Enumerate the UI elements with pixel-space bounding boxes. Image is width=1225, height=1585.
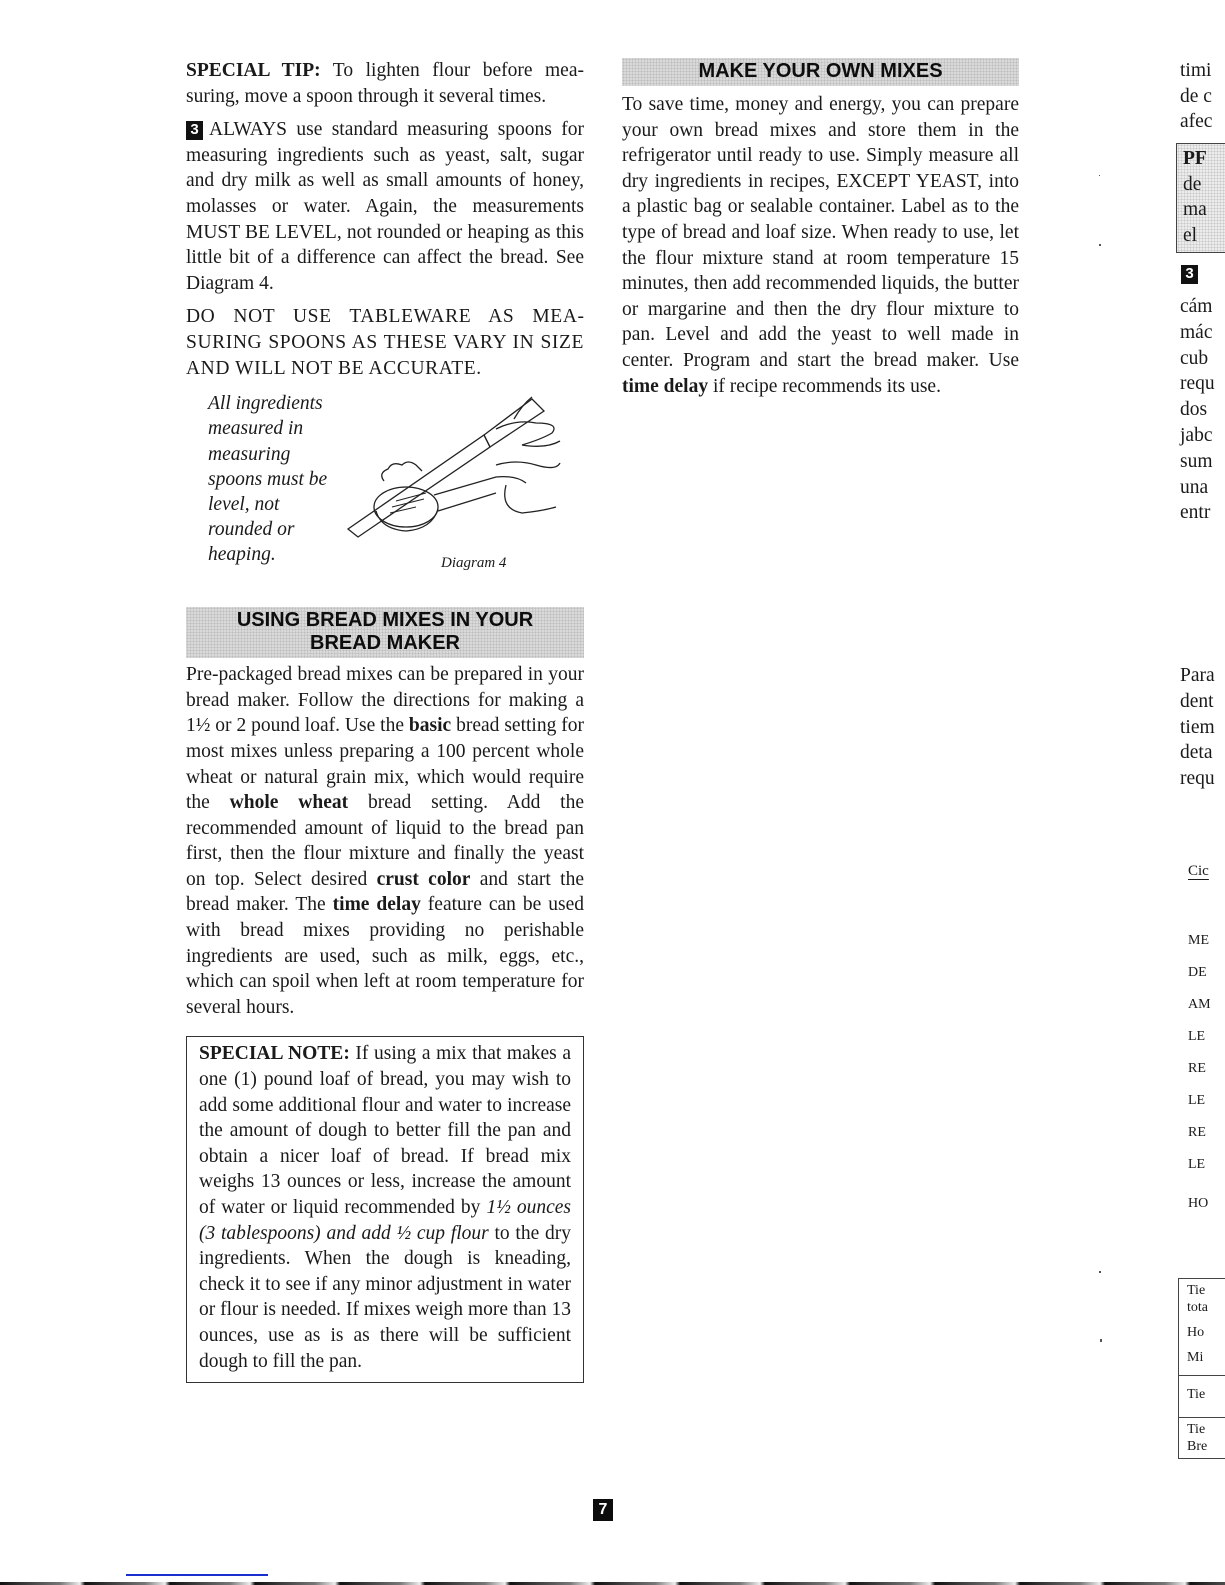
step-3-paragraph: 3ALWAYS use standard measuring spoons fo… bbox=[186, 117, 584, 296]
using-mixes-paragraph: Pre-packaged bread mixes can be prepared… bbox=[186, 662, 584, 1020]
special-note-label: SPECIAL NOTE: bbox=[199, 1043, 350, 1064]
adjacent-page-step-badge: 3 bbox=[1181, 265, 1198, 284]
adjacent-page-paragraph: cám mác cub requ dos jabc sum una entr bbox=[1180, 294, 1215, 526]
scan-speck bbox=[1099, 244, 1101, 246]
special-tip: SPECIAL TIP: To lighten flour before mea… bbox=[186, 58, 584, 109]
make-mixes-paragraph: To save time, money and energy, you can … bbox=[622, 92, 1019, 399]
adjacent-page-note-box: PF de ma el bbox=[1176, 143, 1225, 253]
adjacent-page-cycle-list: ME DE AM LE RE LE RE LE bbox=[1188, 925, 1211, 1181]
scan-speck bbox=[1099, 1271, 1101, 1273]
special-note-box: SPECIAL NOTE: If using a mix that makes … bbox=[186, 1036, 584, 1383]
scan-speck bbox=[1100, 1339, 1102, 1342]
page-number-badge: 7 bbox=[593, 1499, 613, 1521]
adjacent-page-time-table: Tie tota Ho Mi Tie Tie Bre bbox=[1178, 1278, 1225, 1459]
blue-underline bbox=[126, 1574, 268, 1576]
diagram-label: Diagram 4 bbox=[441, 551, 506, 577]
left-column: SPECIAL TIP: To lighten flour before mea… bbox=[186, 58, 584, 1383]
adjacent-page-hold-label: HO bbox=[1188, 1196, 1208, 1212]
knife-leveling-spoon-illustration bbox=[346, 389, 566, 539]
step-number-badge: 3 bbox=[186, 121, 203, 140]
diagram-4: All ingredients measured in measuring sp… bbox=[186, 391, 584, 577]
scan-speck bbox=[1099, 175, 1100, 176]
tableware-warning: DO NOT USE TABLEWARE AS MEA­SURING SPOON… bbox=[186, 304, 584, 381]
special-tip-label: SPECIAL TIP: bbox=[186, 60, 321, 81]
section-heading-using-bread-mixes: USING BREAD MIXES IN YOUR BREAD MAKER bbox=[186, 607, 584, 658]
adjacent-page-paragraph-2: Para dent tiem deta requ bbox=[1180, 663, 1215, 792]
section-heading-make-your-own-mixes: MAKE YOUR OWN MIXES bbox=[622, 58, 1019, 86]
middle-column: MAKE YOUR OWN MIXES To save time, money … bbox=[622, 58, 1019, 399]
adjacent-page-cycle-header: Cic bbox=[1188, 863, 1209, 880]
diagram-caption: All ingredients measured in measuring sp… bbox=[208, 391, 348, 567]
special-note-text: SPECIAL NOTE: If using a mix that makes … bbox=[199, 1041, 571, 1374]
adjacent-page-top-lines: timi de c afec bbox=[1180, 58, 1225, 135]
